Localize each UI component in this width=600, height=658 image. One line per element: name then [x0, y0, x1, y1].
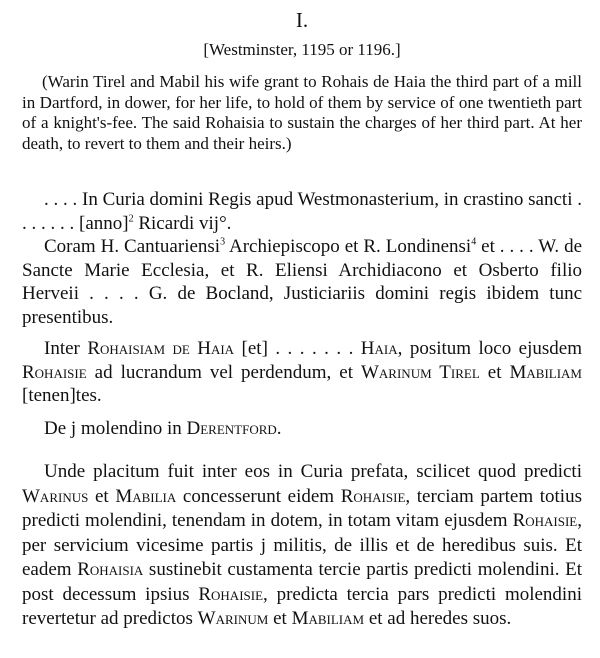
text: Inter	[44, 338, 87, 359]
text: et	[268, 608, 291, 629]
party-name: Rohaisie	[341, 486, 406, 507]
party-name: Rohaisie	[513, 510, 578, 531]
text: De j molendino in	[44, 418, 186, 439]
text: Unde placitum fuit inter eos in Curia pr…	[44, 461, 582, 482]
party-name: Mabiliam	[509, 362, 582, 383]
party-name: Warinum Tirel	[361, 362, 480, 383]
party-name: Rohaisiam de Haia	[87, 338, 234, 359]
paragraph-molendino: De j molendino in Derentford.	[22, 417, 582, 441]
paragraph-inter: Inter Rohaisiam de Haia [et] . . . . . .…	[22, 337, 582, 408]
text: ad lucrandum vel perdendum, et	[87, 362, 361, 383]
party-name: Haia	[361, 338, 398, 359]
party-name: Mabiliam	[292, 608, 365, 629]
paragraph-coram: Coram H. Cantuariensi3 Archiepiscopo et …	[22, 235, 582, 329]
paragraph-curia: . . . . In Curia domini Regis apud Westm…	[22, 188, 582, 235]
text: .	[277, 418, 282, 439]
party-name: Warinum	[198, 608, 269, 629]
party-name: Warinus	[22, 486, 88, 507]
text: et	[480, 362, 510, 383]
document-heading: [Westminster, 1195 or 1196.]	[22, 40, 582, 60]
place-name: Derentford	[186, 418, 276, 439]
party-name: Mabilia	[115, 486, 176, 507]
text: Coram H. Cantuariensi	[44, 236, 220, 257]
text: , positum loco ejusdem	[398, 338, 582, 359]
paragraph-unde: Unde placitum fuit inter eos in Curia pr…	[22, 460, 582, 632]
english-summary: (Warin Tirel and Mabil his wife grant to…	[22, 72, 582, 154]
text: [tenen]tes.	[22, 385, 102, 406]
text: . . . . In Curia domini Regis apud Westm…	[22, 189, 582, 234]
party-name: Rohaisie	[198, 584, 263, 605]
text: concesserunt eidem	[176, 486, 340, 507]
document-number: I.	[22, 8, 582, 33]
party-name: Rohaisie	[22, 362, 87, 383]
party-name: Rohaisia	[77, 559, 143, 580]
text: [et] . . . . . . .	[234, 338, 361, 359]
text: Ricardi vij°.	[134, 213, 232, 234]
text: et ad heredes suos.	[364, 608, 511, 629]
text: et	[88, 486, 115, 507]
text: Archiepiscopo et R. Londinensi	[225, 236, 471, 257]
